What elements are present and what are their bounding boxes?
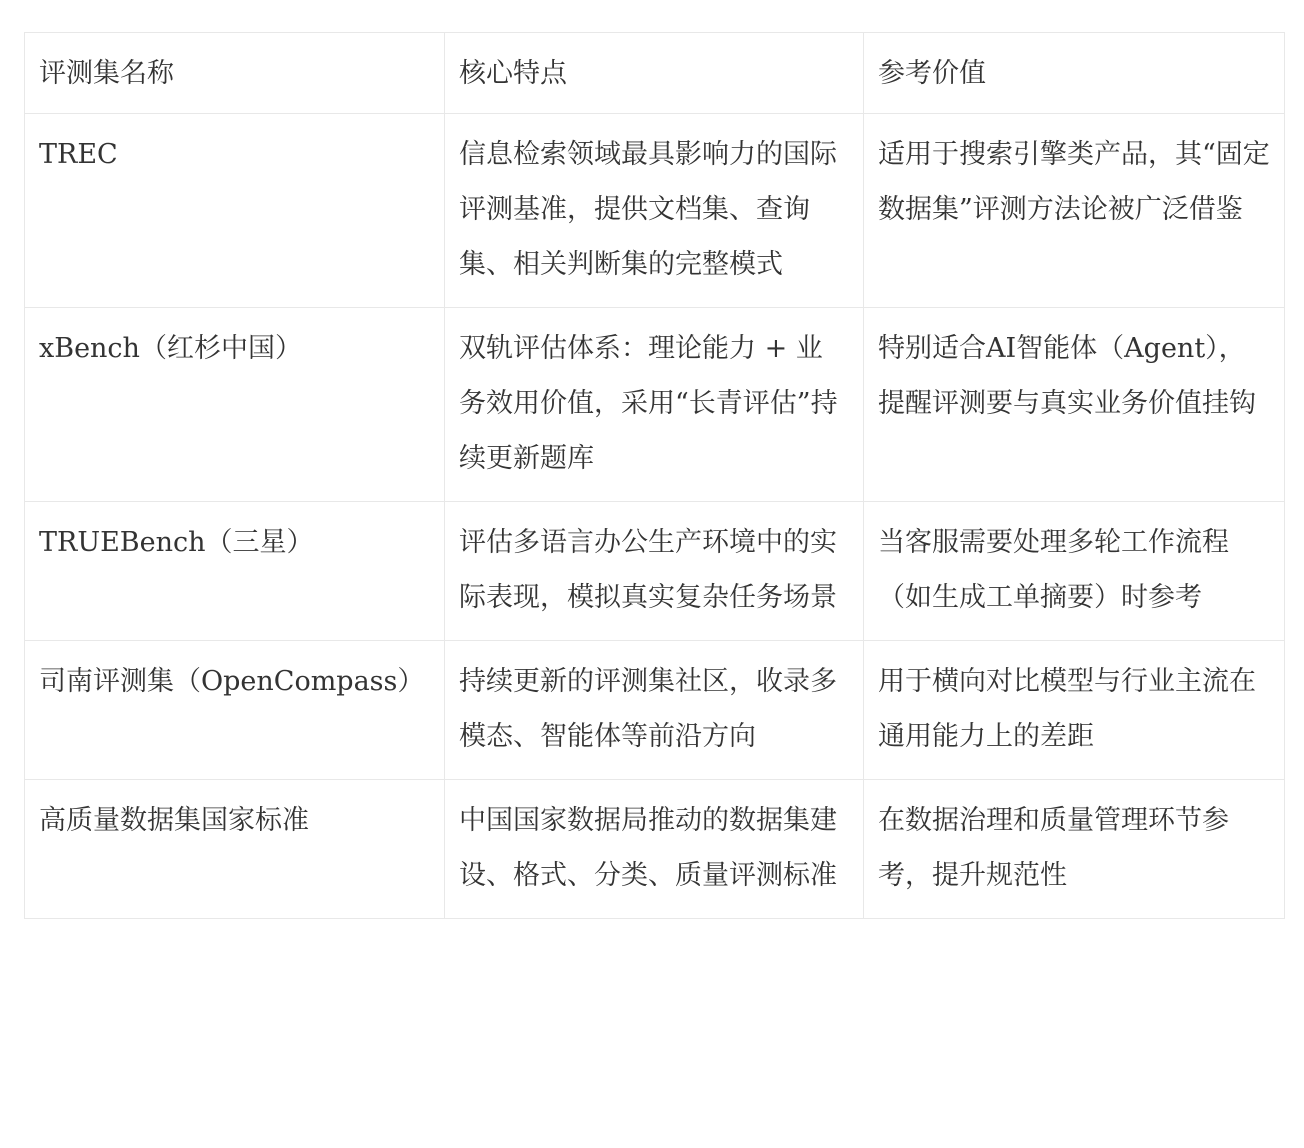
table-row: xBench（红杉中国） 双轨评估体系：理论能力 + 业务效用价值，采用“长青评… [25,308,1285,502]
table-header: 评测集名称 核心特点 参考价值 [25,33,1285,114]
table-body: TREC 信息检索领域最具影响力的国际评测基准，提供文档集、查询集、相关判断集的… [25,114,1285,919]
cell-feature: 中国国家数据局推动的数据集建设、格式、分类、质量评测标准 [445,780,864,919]
benchmark-table: 评测集名称 核心特点 参考价值 TREC 信息检索领域最具影响力的国际评测基准，… [24,32,1285,919]
table-row: 高质量数据集国家标准 中国国家数据局推动的数据集建设、格式、分类、质量评测标准 … [25,780,1285,919]
cell-feature: 信息检索领域最具影响力的国际评测基准，提供文档集、查询集、相关判断集的完整模式 [445,114,864,308]
cell-name: TRUEBench（三星） [25,502,445,641]
cell-value: 适用于搜索引擎类产品，其“固定数据集”评测方法论被广泛借鉴 [864,114,1285,308]
cell-value: 用于横向对比模型与行业主流在通用能力上的差距 [864,641,1285,780]
header-feature: 核心特点 [445,33,864,114]
cell-name: 司南评测集（OpenCompass） [25,641,445,780]
table-row: TREC 信息检索领域最具影响力的国际评测基准，提供文档集、查询集、相关判断集的… [25,114,1285,308]
cell-value: 在数据治理和质量管理环节参考，提升规范性 [864,780,1285,919]
cell-value: 当客服需要处理多轮工作流程（如生成工单摘要）时参考 [864,502,1285,641]
table-row: TRUEBench（三星） 评估多语言办公生产环境中的实际表现，模拟真实复杂任务… [25,502,1285,641]
cell-name: xBench（红杉中国） [25,308,445,502]
cell-feature: 评估多语言办公生产环境中的实际表现，模拟真实复杂任务场景 [445,502,864,641]
benchmark-table-container: 评测集名称 核心特点 参考价值 TREC 信息检索领域最具影响力的国际评测基准，… [24,32,1284,919]
cell-name: 高质量数据集国家标准 [25,780,445,919]
header-name: 评测集名称 [25,33,445,114]
cell-feature: 持续更新的评测集社区，收录多模态、智能体等前沿方向 [445,641,864,780]
table-row: 司南评测集（OpenCompass） 持续更新的评测集社区，收录多模态、智能体等… [25,641,1285,780]
cell-name: TREC [25,114,445,308]
header-value: 参考价值 [864,33,1285,114]
cell-feature: 双轨评估体系：理论能力 + 业务效用价值，采用“长青评估”持续更新题库 [445,308,864,502]
header-row: 评测集名称 核心特点 参考价值 [25,33,1285,114]
cell-value: 特别适合AI智能体（Agent），提醒评测要与真实业务价值挂钩 [864,308,1285,502]
